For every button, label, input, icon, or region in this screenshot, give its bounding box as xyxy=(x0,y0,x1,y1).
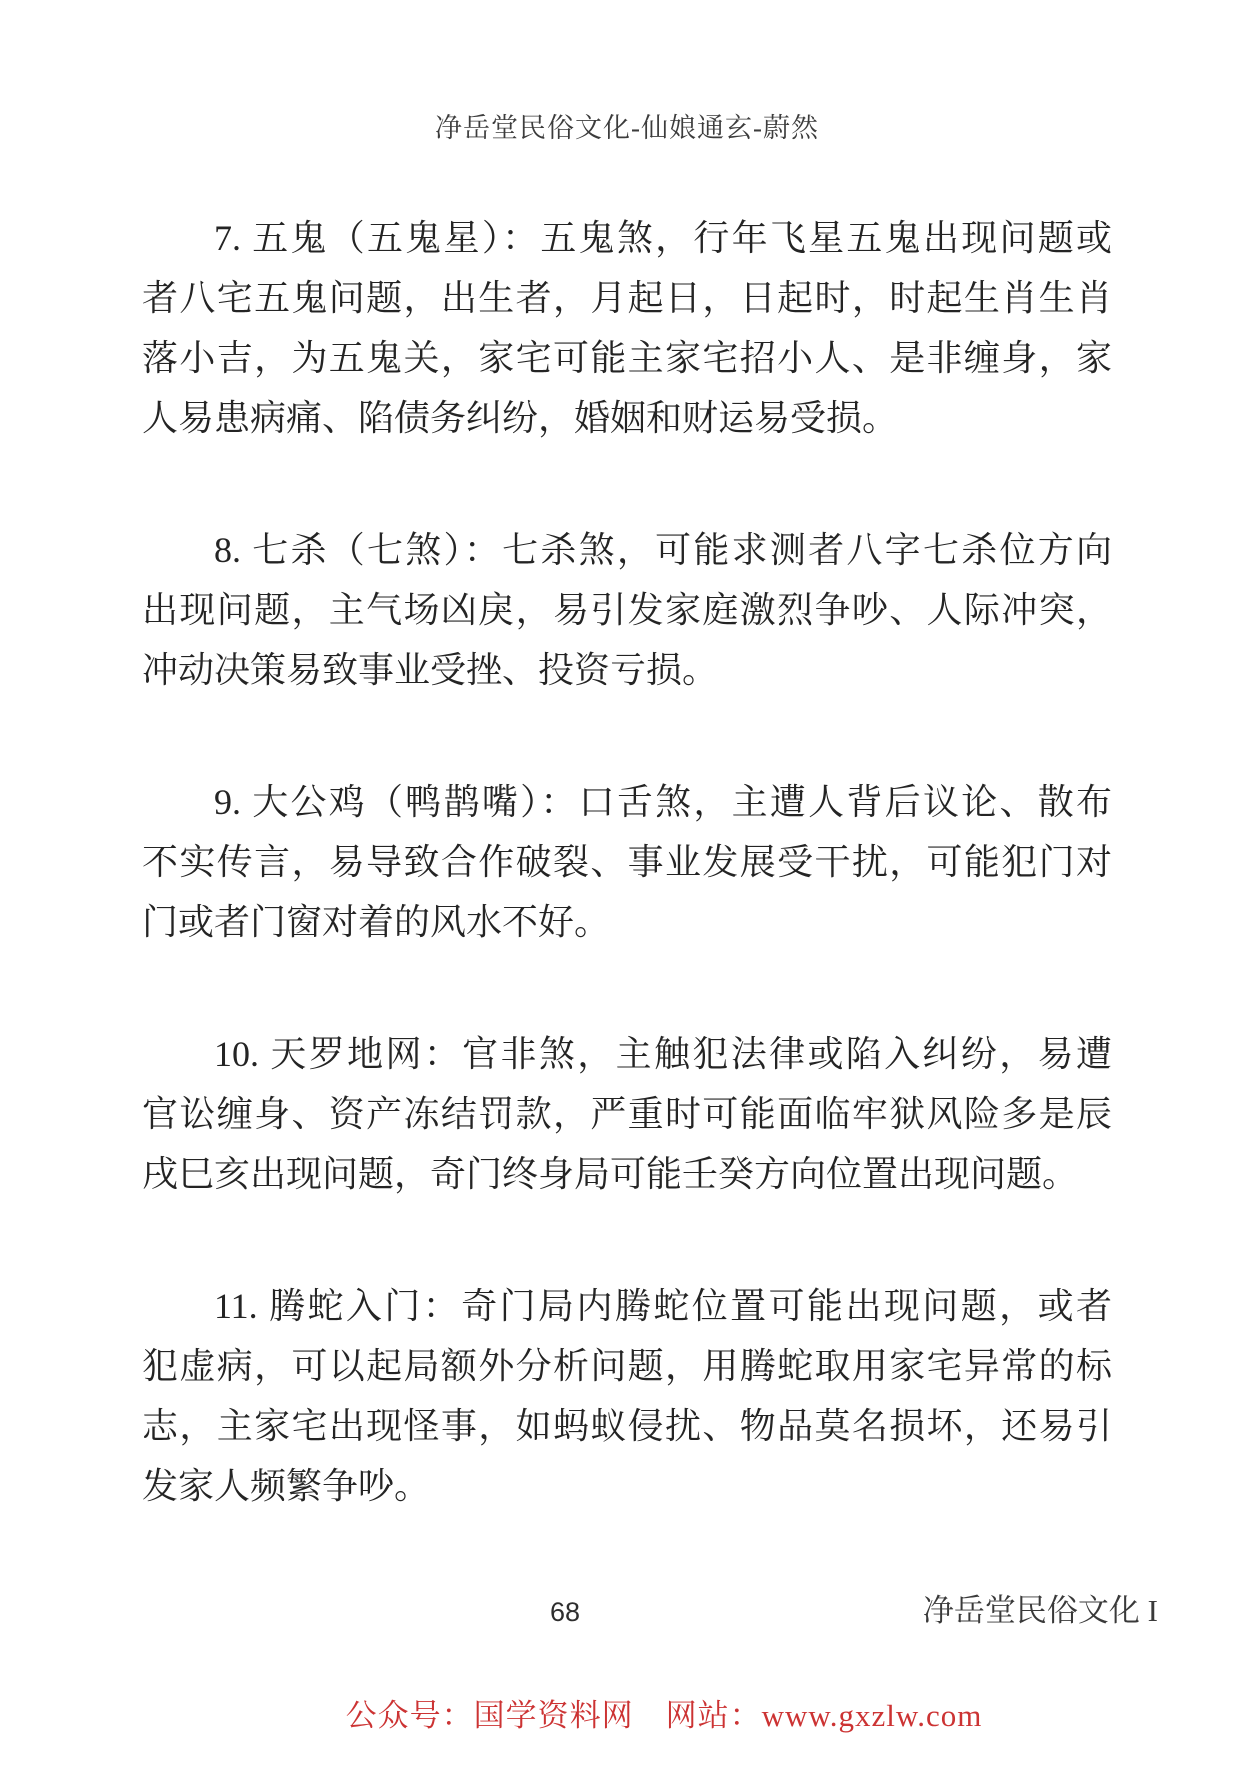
text-line: 9. 大公鸡（鸭鹊嘴）：口舌煞，主遭人背后议论、散布 xyxy=(142,772,1112,832)
promo-line: 公众号：国学资料网 网站：www.gxzlw.com xyxy=(74,1696,1254,1736)
text-line: 落小吉，为五鬼关，家宅可能主家宅招小人、是非缠身，家 xyxy=(142,328,1112,388)
text-line: 者八宅五鬼问题，出生者，月起日，日起时，时起生肖生肖 xyxy=(142,268,1112,328)
text-line: 8. 七杀（七煞）：七杀煞，可能求测者八字七杀位方向 xyxy=(142,520,1112,580)
text-line: 志，主家宅出现怪事，如蚂蚁侵扰、物品莫名损坏，还易引 xyxy=(142,1396,1112,1456)
text-line: 10. 天罗地网：官非煞，主触犯法律或陷入纠纷，易遭 xyxy=(142,1024,1112,1084)
text-line: 7. 五鬼（五鬼星）：五鬼煞，行年飞星五鬼出现问题或 xyxy=(142,208,1112,268)
paragraph-8: 8. 七杀（七煞）：七杀煞，可能求测者八字七杀位方向 出现问题，主气场凶戾，易引… xyxy=(142,520,1112,700)
footer-brand-text: 净岳堂民俗文化 I xyxy=(923,1592,1158,1630)
paragraph-10: 10. 天罗地网：官非煞，主触犯法律或陷入纠纷，易遭 官讼缠身、资产冻结罚款，严… xyxy=(142,1024,1112,1204)
text-line: 人易患病痛、陷债务纠纷，婚姻和财运易受损。 xyxy=(142,388,1112,448)
paragraph-9: 9. 大公鸡（鸭鹊嘴）：口舌煞，主遭人背后议论、散布 不实传言，易导致合作破裂、… xyxy=(142,772,1112,952)
text-line: 官讼缠身、资产冻结罚款，严重时可能面临牢狱风险多是辰 xyxy=(142,1084,1112,1144)
page-header-title: 净岳堂民俗文化-仙娘通玄-蔚然 xyxy=(0,106,1254,145)
text-line: 戌巳亥出现问题，奇门终身局可能壬癸方向位置出现问题。 xyxy=(142,1144,1112,1204)
text-line: 不实传言，易导致合作破裂、事业发展受干扰，可能犯门对 xyxy=(142,832,1112,892)
document-body: 7. 五鬼（五鬼星）：五鬼煞，行年飞星五鬼出现问题或 者八宅五鬼问题，出生者，月… xyxy=(142,208,1112,1516)
text-line: 11. 腾蛇入门：奇门局内腾蛇位置可能出现问题，或者 xyxy=(142,1276,1112,1336)
paragraph-11: 11. 腾蛇入门：奇门局内腾蛇位置可能出现问题，或者 犯虚病，可以起局额外分析问… xyxy=(142,1276,1112,1516)
page-number: 68 xyxy=(550,1596,580,1628)
text-line: 犯虚病，可以起局额外分析问题，用腾蛇取用家宅异常的标 xyxy=(142,1336,1112,1396)
text-line: 门或者门窗对着的风水不好。 xyxy=(142,892,1112,952)
text-line: 冲动决策易致事业受挫、投资亏损。 xyxy=(142,640,1112,700)
paragraph-7: 7. 五鬼（五鬼星）：五鬼煞，行年飞星五鬼出现问题或 者八宅五鬼问题，出生者，月… xyxy=(142,208,1112,448)
text-line: 出现问题，主气场凶戾，易引发家庭激烈争吵、人际冲突， xyxy=(142,580,1112,640)
text-line: 发家人频繁争吵。 xyxy=(142,1456,1112,1516)
document-page: 净岳堂民俗文化-仙娘通玄-蔚然 7. 五鬼（五鬼星）：五鬼煞，行年飞星五鬼出现问… xyxy=(0,0,1254,1783)
